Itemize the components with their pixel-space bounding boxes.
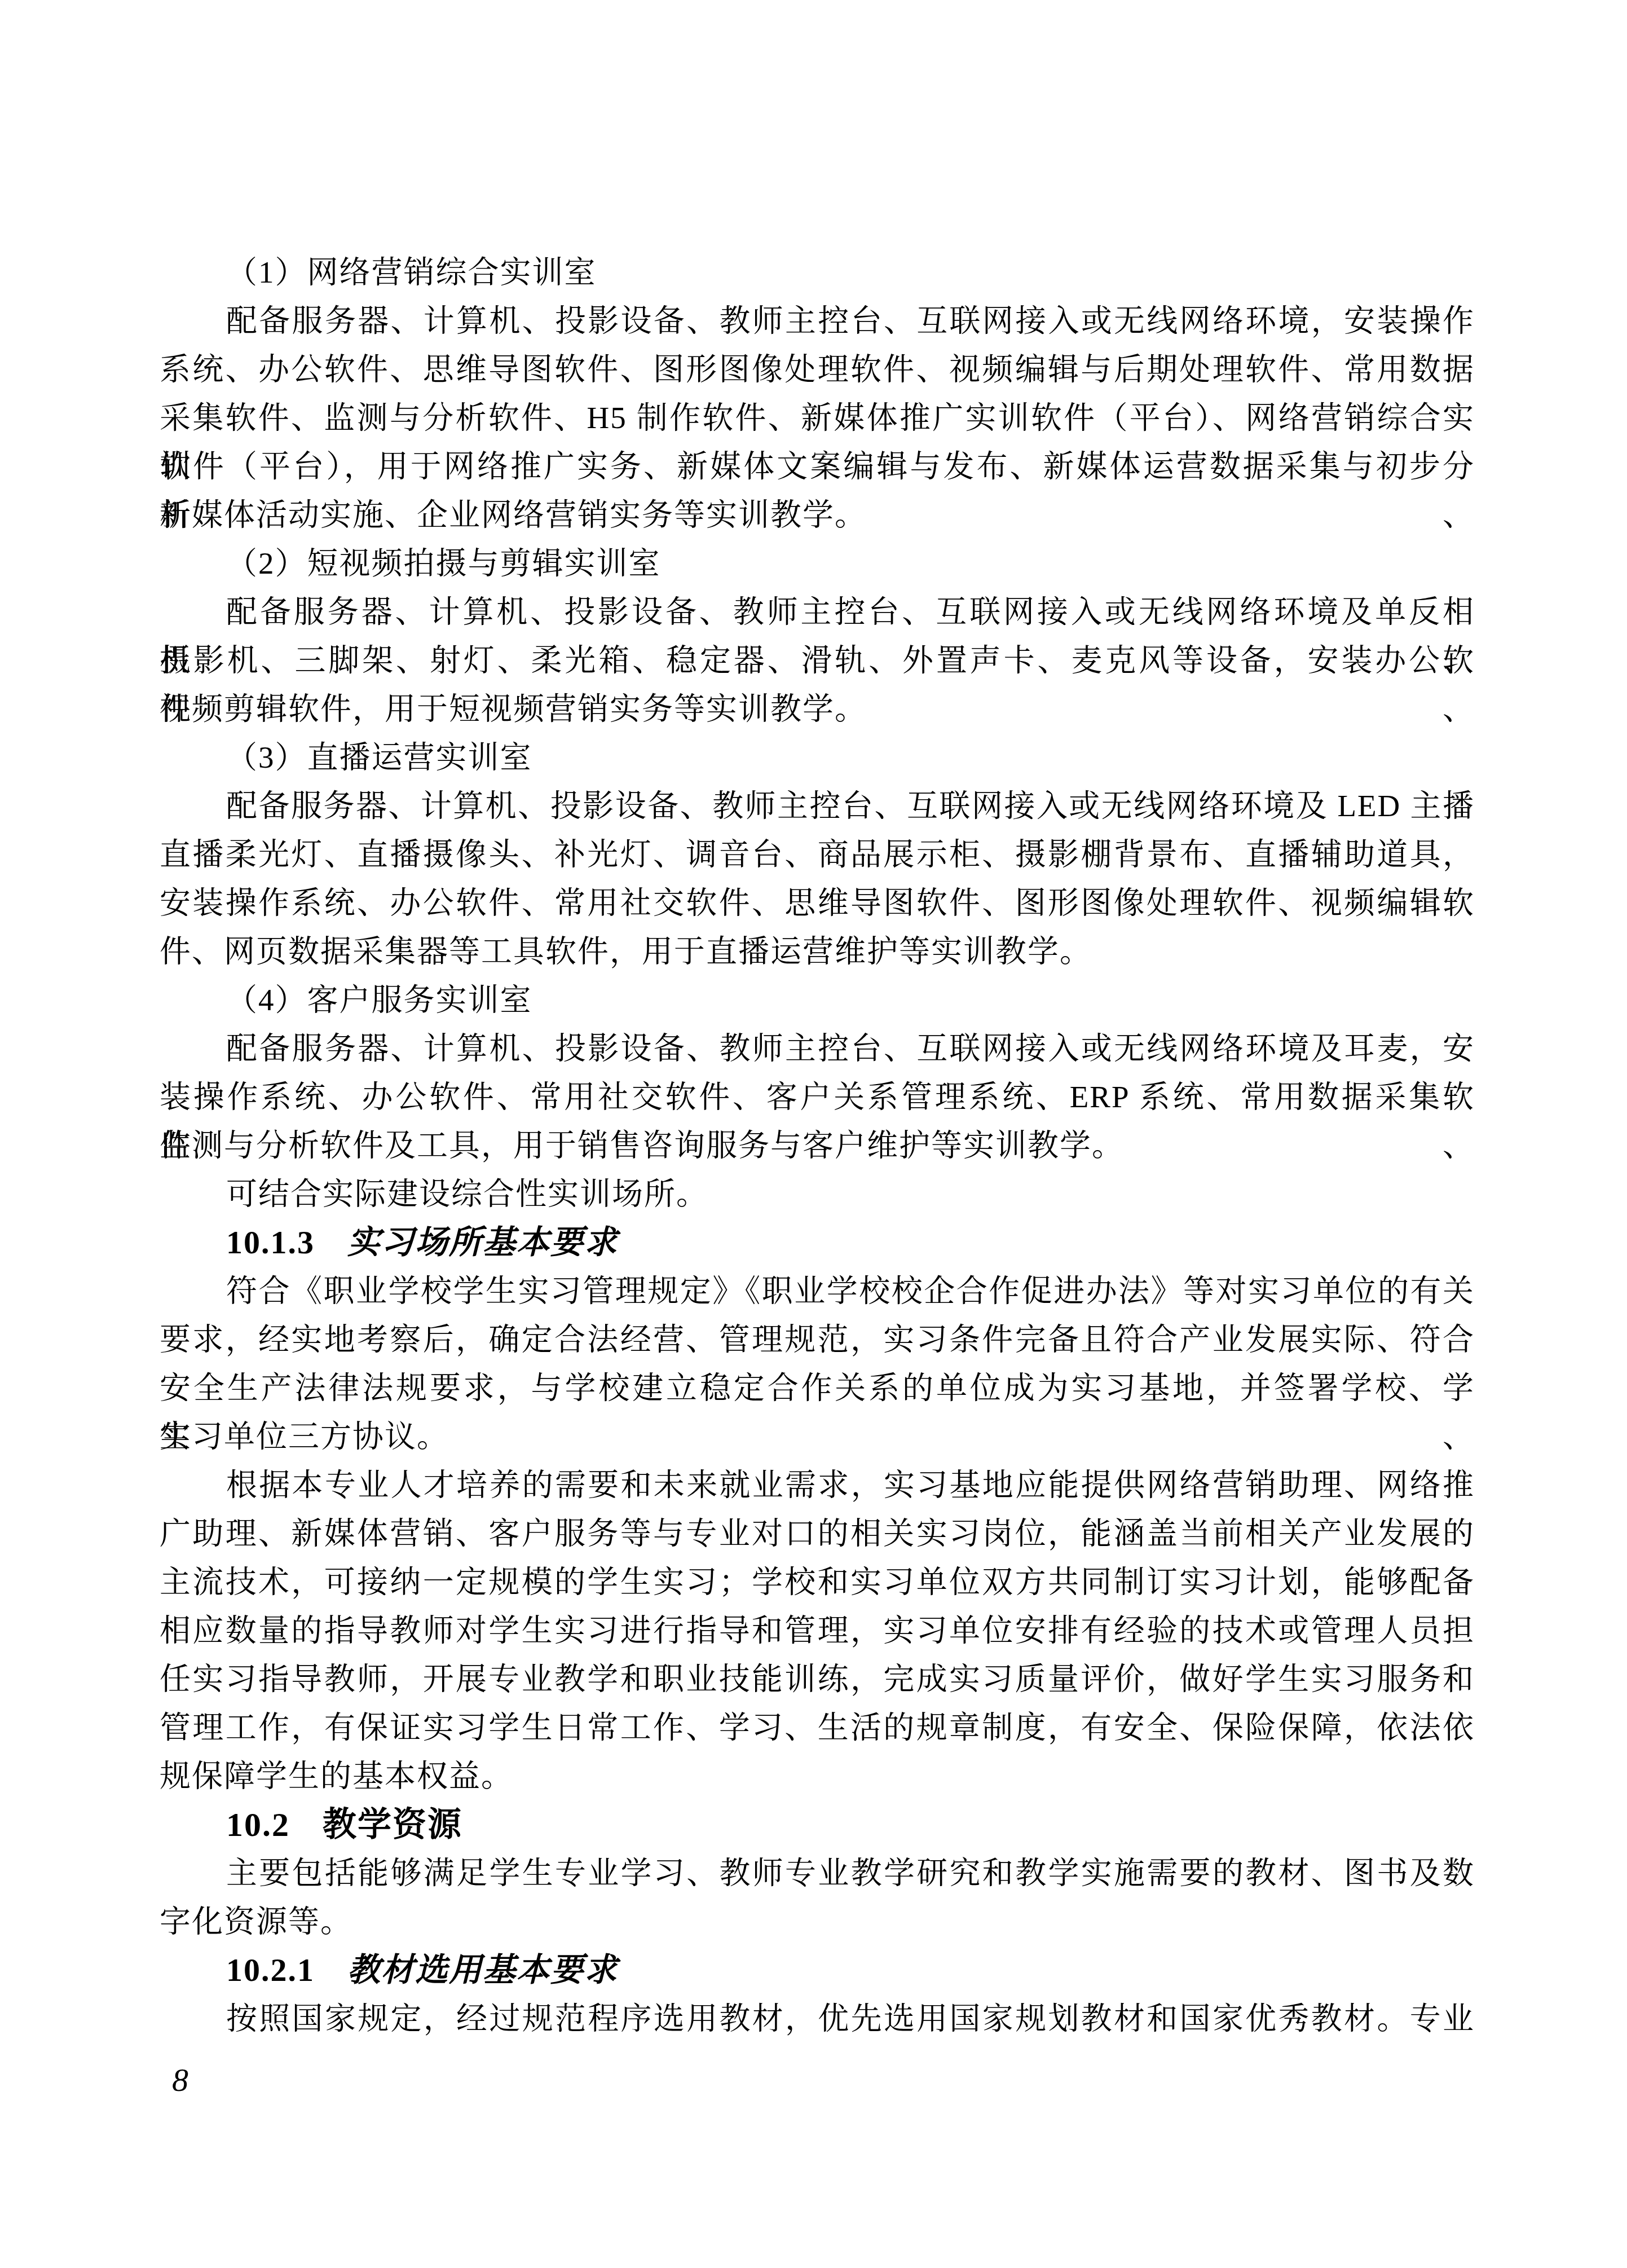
text-line: 广助理、新媒体营销、客户服务等与专业对口的相关实习岗位，能涵盖当前相关产业发展的 (160, 1509, 1475, 1558)
text-line: 配备服务器、计算机、投影设备、教师主控台、互联网接入或无线网络环境，安装操作 (160, 297, 1475, 345)
text-line: 规保障学生的基本权益。 (160, 1752, 1475, 1800)
text-line: 系统、办公软件、思维导图软件、图形图像处理软件、视频编辑与后期处理软件、常用数据 (160, 345, 1475, 394)
text-line: 相应数量的指导教师对学生实习进行指导和管理，实习单位安排有经验的技术或管理人员担 (160, 1606, 1475, 1655)
text-line: 配备服务器、计算机、投影设备、教师主控台、互联网接入或无线网络环境及 LED 主… (160, 782, 1475, 830)
text-line: （2）短视频拍摄与剪辑实训室 (160, 539, 1475, 588)
text-line: 管理工作，有保证实习学生日常工作、学习、生活的规章制度，有安全、保险保障，依法依 (160, 1703, 1475, 1752)
text-line: 装操作系统、办公软件、常用社交软件、客户关系管理系统、ERP 系统、常用数据采集… (160, 1073, 1475, 1121)
heading-number: 10.1.3 (226, 1224, 315, 1261)
text-line: （4）客户服务实训室 (160, 976, 1475, 1024)
text-line: 任实习指导教师，开展专业教学和职业技能训练，完成实习质量评价，做好学生实习服务和 (160, 1655, 1475, 1703)
document-page: （1）网络营销综合实训室配备服务器、计算机、投影设备、教师主控台、互联网接入或无… (0, 0, 1627, 2268)
heading-title: 教学资源 (323, 1806, 462, 1843)
text-line: 安装操作系统、办公软件、常用社交软件、思维导图软件、图形图像处理软件、视频编辑软 (160, 879, 1475, 927)
text-line: 可结合实际建设综合性实训场所。 (160, 1170, 1475, 1218)
heading-number: 10.2.1 (226, 1952, 315, 1988)
text-block: （1）网络营销综合实训室配备服务器、计算机、投影设备、教师主控台、互联网接入或无… (160, 248, 1475, 2043)
text-line: 根据本专业人才培养的需要和未来就业需求，实习基地应能提供网络营销助理、网络推 (160, 1461, 1475, 1509)
text-line: 配备服务器、计算机、投影设备、教师主控台、互联网接入或无线网络环境及耳麦，安 (160, 1024, 1475, 1073)
text-line: 按照国家规定，经过规范程序选用教材，优先选用国家规划教材和国家优秀教材。专业 (160, 1994, 1475, 2043)
heading-title: 实习场所基本要求 (347, 1224, 618, 1261)
section-heading: 10.2教学资源 (160, 1800, 1475, 1849)
page-number: 8 (172, 2056, 188, 2104)
text-line: 符合《职业学校学生实习管理规定》《职业学校校企合作促进办法》等对实习单位的有关 (160, 1267, 1475, 1315)
text-line: 采集软件、监测与分析软件、H5 制作软件、新媒体推广实训软件（平台）、网络营销综… (160, 394, 1475, 442)
text-line: （1）网络营销综合实训室 (160, 248, 1475, 297)
section-heading: 10.2.1教材选用基本要求 (160, 1946, 1475, 1994)
section-heading: 10.1.3实习场所基本要求 (160, 1218, 1475, 1267)
text-line: （3）直播运营实训室 (160, 733, 1475, 782)
text-line: 主要包括能够满足学生专业学习、教师专业教学研究和教学实施需要的教材、图书及数 (160, 1849, 1475, 1897)
text-line: 安全生产法律法规要求，与学校建立稳定合作关系的单位成为实习基地，并签署学校、学生… (160, 1364, 1475, 1412)
text-line: 字化资源等。 (160, 1897, 1475, 1946)
text-line: 要求，经实地考察后，确定合法经营、管理规范，实习条件完备且符合产业发展实际、符合 (160, 1315, 1475, 1364)
text-line: 软件（平台），用于网络推广实务、新媒体文案编辑与发布、新媒体运营数据采集与初步分… (160, 442, 1475, 491)
text-line: 件、网页数据采集器等工具软件，用于直播运营维护等实训教学。 (160, 927, 1475, 976)
text-line: 直播柔光灯、直播摄像头、补光灯、调音台、商品展示柜、摄影棚背景布、直播辅助道具， (160, 830, 1475, 879)
text-line: 配备服务器、计算机、投影设备、教师主控台、互联网接入或无线网络环境及单反相机、 (160, 588, 1475, 636)
text-line: 主流技术，可接纳一定规模的学生实习；学校和实习单位双方共同制订实习计划，能够配备 (160, 1558, 1475, 1606)
heading-title: 教材选用基本要求 (347, 1952, 618, 1988)
heading-number: 10.2 (226, 1806, 290, 1843)
text-line: 摄影机、三脚架、射灯、柔光箱、稳定器、滑轨、外置声卡、麦克风等设备，安装办公软件… (160, 636, 1475, 685)
